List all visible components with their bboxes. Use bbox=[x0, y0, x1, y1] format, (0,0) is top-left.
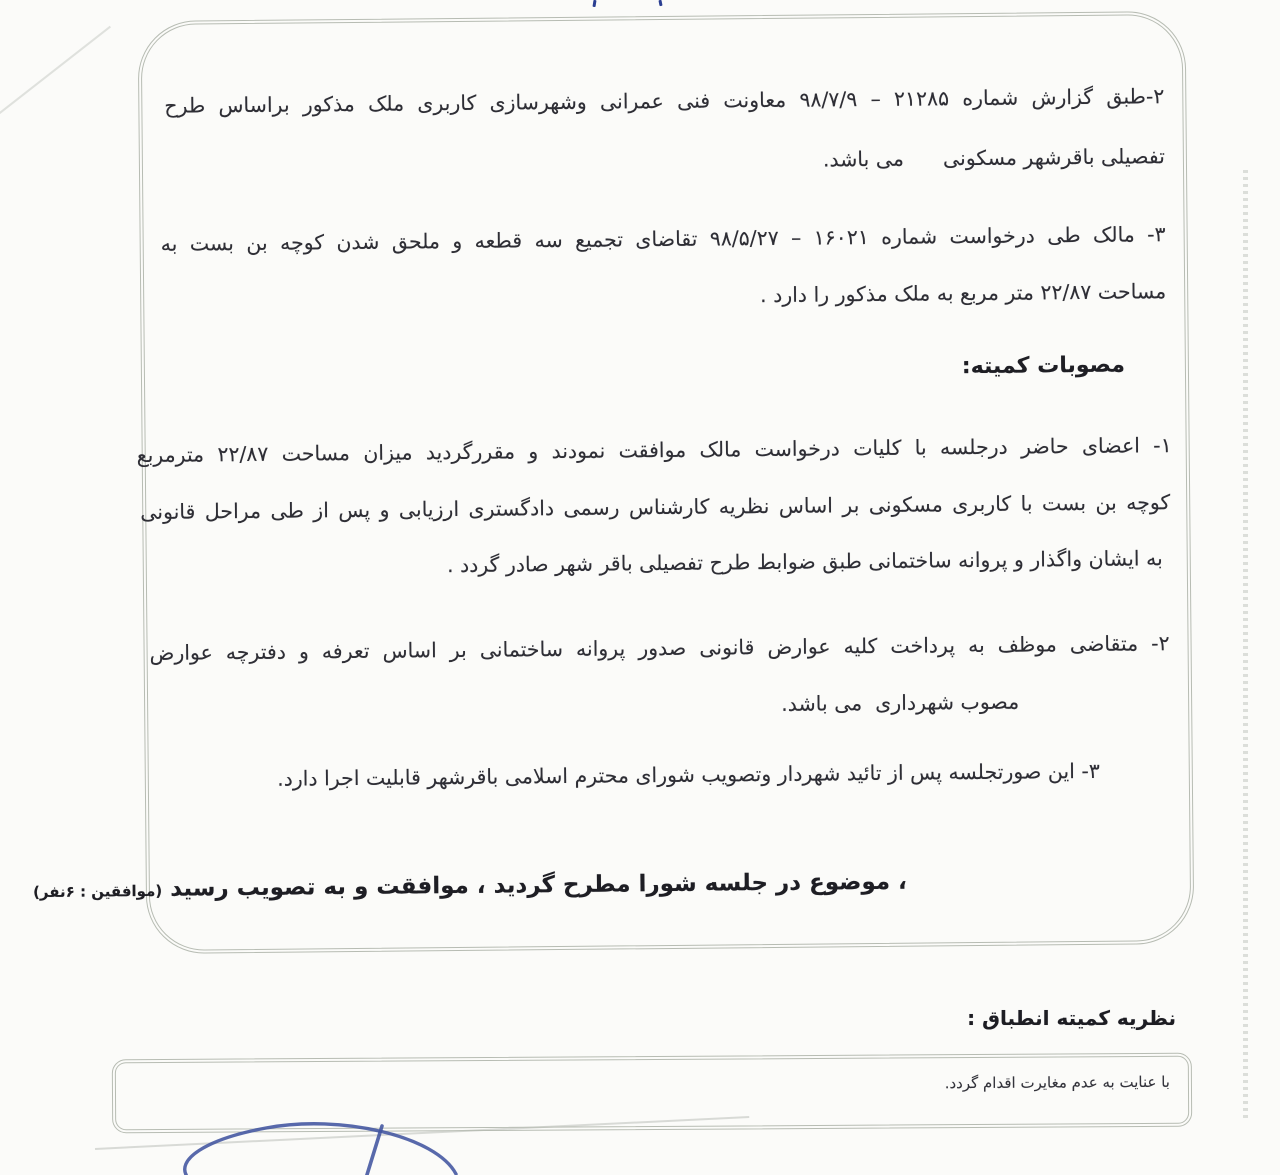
resolution-2-line-1: ۲- متقاضی موظف به پرداخت کلیه عوارض قانو… bbox=[149, 630, 1169, 667]
scan-edge-strip bbox=[1243, 170, 1248, 1120]
paragraph-3-line-2: مساحت ۲۲/۸۷ متر مربع به ملک مذکور را دار… bbox=[760, 278, 1166, 310]
council-votes-note: (موافقین : ۶نفر) bbox=[33, 882, 162, 901]
resolution-1-line-2: کوچه بن بست با کاربری مسکونی بر اساس نظر… bbox=[140, 489, 1170, 527]
stamp-residue-mark bbox=[658, 0, 662, 6]
stamp-residue-mark bbox=[592, 0, 596, 7]
council-approval-line: ، موضوع در جلسه شورا مطرح گردید ، موافقت… bbox=[33, 835, 956, 937]
council-approval-text: ، موضوع در جلسه شورا مطرح گردید ، موافقت… bbox=[162, 869, 907, 902]
resolution-3-line: ۳- این صورتجلسه پس از تائید شهردار وتصوی… bbox=[277, 758, 1100, 794]
compliance-opinion-text: با عنایت به عدم مغایرت اقدام گردد. bbox=[945, 1073, 1170, 1092]
resolutions-heading: مصوبات کمیته: bbox=[962, 351, 1125, 382]
scan-streak bbox=[0, 26, 111, 120]
scanned-document-page: ۲-طبق گزارش شماره ۲۱۲۸۵ – ۹۸/۷/۹ معاونت … bbox=[0, 0, 1280, 1175]
paragraph-3-line-1: ۳- مالک طی درخواست شماره ۱۶۰۲۱ – ۹۸/۵/۲۷… bbox=[161, 221, 1166, 258]
resolution-2-line-2: مصوب شهرداری می باشد. bbox=[781, 689, 1019, 719]
resolution-1-line-3: به ایشان واگذار و پروانه ساختمانی طبق ضو… bbox=[447, 545, 1163, 580]
paragraph-2-line-1: ۲-طبق گزارش شماره ۲۱۲۸۵ – ۹۸/۷/۹ معاونت … bbox=[164, 83, 1164, 120]
compliance-committee-label: نظریه کمیته انطباق : bbox=[967, 1006, 1176, 1030]
document-border-box: ۲-طبق گزارش شماره ۲۱۲۸۵ – ۹۸/۷/۹ معاونت … bbox=[138, 11, 1195, 954]
paragraph-2-line-2: تفصیلی باقرشهر مسکونی می باشد. bbox=[823, 143, 1165, 174]
resolution-1-line-1: ۱- اعضای حاضر درجلسه با کلیات درخواست ما… bbox=[137, 432, 1172, 470]
signature-stroke bbox=[126, 1120, 486, 1175]
